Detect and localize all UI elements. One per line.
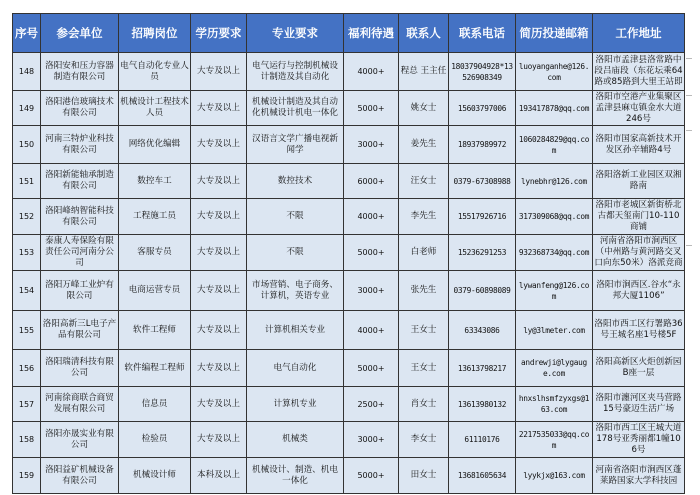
cell-position: 机械设计师 xyxy=(119,458,191,494)
cell-major: 机械设计、制造、机电一体化 xyxy=(247,458,344,494)
cell-company: 泰康人寿保险有限责任公司河南分公司 xyxy=(41,235,119,271)
cell-no: 148 xyxy=(13,53,41,91)
cell-phone: 18037904928*13526908349 xyxy=(449,53,516,91)
cell-salary: 3000+ xyxy=(344,271,399,311)
cell-contact: 李先生 xyxy=(399,199,449,235)
cell-major: 不限 xyxy=(247,199,344,235)
cell-salary: 3000+ xyxy=(344,422,399,458)
cell-major: 汉语言文学广播电视新闻学 xyxy=(247,126,344,164)
cell-position: 信息员 xyxy=(119,387,191,422)
cell-company: 洛阳益矿机械设备有限公司 xyxy=(41,458,119,494)
cell-edge-mark xyxy=(686,130,692,131)
cell-contact: 汪女士 xyxy=(399,164,449,199)
cell-education: 大专及以上 xyxy=(191,271,247,311)
cell-position: 检验员 xyxy=(119,422,191,458)
cell-salary: 4000+ xyxy=(344,311,399,350)
table-row: 149洛阳港信玻璃技术有限公司机械设计工程技术人员大专及以上机械设计制造及其自动… xyxy=(13,91,685,126)
cell-contact: 李女士 xyxy=(399,422,449,458)
cell-salary: 2500+ xyxy=(344,387,399,422)
cell-position: 数控车工 xyxy=(119,164,191,199)
cell-education: 大专及以上 xyxy=(191,126,247,164)
cell-education: 大专及以上 xyxy=(191,91,247,126)
table-row: 153泰康人寿保险有限责任公司河南分公司客服专员大专及以上不限5000+白老师1… xyxy=(13,235,685,271)
cell-edge-mark xyxy=(686,245,692,246)
cell-phone: 15517926716 xyxy=(449,199,516,235)
cell-phone: 0379-60898089 xyxy=(449,271,516,311)
table-row: 155洛阳高新三L电子产品有限公司软件工程师大专及以上计算机相关专业4000+王… xyxy=(13,311,685,350)
cell-contact: 姚女士 xyxy=(399,91,449,126)
cell-address: 洛阳市瀍河区夹马营路15号豪迈生活广场 xyxy=(593,387,685,422)
header-email: 简历投递邮箱 xyxy=(516,14,593,53)
recruitment-table-sheet: 序号 参会单位 招聘岗位 学历要求 专业要求 福利待遇 联系人 联系电话 简历投… xyxy=(12,13,685,494)
table-row: 152洛阳峰纳智能科技有限公司工程施工员大专及以上不限4000+李先生15517… xyxy=(13,199,685,235)
cell-position: 工程施工员 xyxy=(119,199,191,235)
cell-company: 河南徐商联合商贸发展有限公司 xyxy=(41,387,119,422)
cell-phone: 15236291253 xyxy=(449,235,516,271)
cell-no: 151 xyxy=(13,164,41,199)
cell-phone: 61110176 xyxy=(449,422,516,458)
table-row: 148洛阳安和压力容器制造有限公司电气自动化专业人员大专及以上电气运行与控制机械… xyxy=(13,53,685,91)
header-no: 序号 xyxy=(13,14,41,53)
table-row: 157河南徐商联合商贸发展有限公司信息员大专及以上计算机专业2500+肖女士13… xyxy=(13,387,685,422)
cell-email: lynebhr@126.com xyxy=(516,164,593,199)
cell-company: 洛阳亦晟实业有限公司 xyxy=(41,422,119,458)
table-row: 154洛阳万峰工业炉有限公司电商运营专员大专及以上市场营销、电子商务、计算机，英… xyxy=(13,271,685,311)
cell-company: 洛阳万峰工业炉有限公司 xyxy=(41,271,119,311)
cell-position: 电气自动化专业人员 xyxy=(119,53,191,91)
header-salary: 福利待遇 xyxy=(344,14,399,53)
cell-no: 158 xyxy=(13,422,41,458)
cell-email: 193417878@qq.com xyxy=(516,91,593,126)
cell-major: 机械设计制造及其自动化机械设计机电一体化 xyxy=(247,91,344,126)
cell-phone: 63343086 xyxy=(449,311,516,350)
cell-contact: 田女士 xyxy=(399,458,449,494)
cell-salary: 5000+ xyxy=(344,91,399,126)
cell-email: ly@3lmeter.com xyxy=(516,311,593,350)
cell-no: 152 xyxy=(13,199,41,235)
header-address: 工作地址 xyxy=(593,14,685,53)
cell-phone: 13613798217 xyxy=(449,350,516,387)
cell-no: 153 xyxy=(13,235,41,271)
cell-contact: 白老师 xyxy=(399,235,449,271)
cell-email: 2217535033@qq.com xyxy=(516,422,593,458)
cell-position: 电商运营专员 xyxy=(119,271,191,311)
cell-address: 河南省洛阳市涧西区蓬莱路国家大学科技园 xyxy=(593,458,685,494)
cell-email: 932368734@qq.com xyxy=(516,235,593,271)
cell-contact: 王女士 xyxy=(399,350,449,387)
cell-phone: 15603797006 xyxy=(449,91,516,126)
cell-email: 1060284829@qq.com xyxy=(516,126,593,164)
cell-address: 洛阳市西工区行署路36号王城名座1号楼5F xyxy=(593,311,685,350)
cell-phone: 13613980132 xyxy=(449,387,516,422)
cell-major: 电气自动化 xyxy=(247,350,344,387)
cell-address: 洛阳市空港产业集聚区孟津县麻屯镇金水大道246号 xyxy=(593,91,685,126)
cell-address: 洛阳高新区火炬创新园B座一层 xyxy=(593,350,685,387)
cell-salary: 6000+ xyxy=(344,164,399,199)
cell-no: 150 xyxy=(13,126,41,164)
table-row: 159洛阳益矿机械设备有限公司机械设计师本科及以上机械设计、制造、机电一体化50… xyxy=(13,458,685,494)
cell-no: 157 xyxy=(13,387,41,422)
cell-position: 软件编程工程师 xyxy=(119,350,191,387)
cell-salary: 5000+ xyxy=(344,235,399,271)
header-phone: 联系电话 xyxy=(449,14,516,53)
cell-phone: 18937989972 xyxy=(449,126,516,164)
cell-address: 洛阳市国家高新技术开发区孙辛辅路4号 xyxy=(593,126,685,164)
cell-company: 洛阳港信玻璃技术有限公司 xyxy=(41,91,119,126)
cell-major: 计算机相关专业 xyxy=(247,311,344,350)
cell-position: 客服专员 xyxy=(119,235,191,271)
cell-major: 电气运行与控制机械设计制造及其自动化 xyxy=(247,53,344,91)
cell-major: 市场营销、电子商务、计算机，英语专业 xyxy=(247,271,344,311)
cell-email: hnxslhsmfzyxgs@163.com xyxy=(516,387,593,422)
cell-education: 大专及以上 xyxy=(191,235,247,271)
cell-major: 机械类 xyxy=(247,422,344,458)
cell-no: 155 xyxy=(13,311,41,350)
cell-contact: 张先生 xyxy=(399,271,449,311)
cell-email: lywanfeng@126.com xyxy=(516,271,593,311)
cell-company: 洛阳瑞清科技有限公司 xyxy=(41,350,119,387)
cell-phone: 13681605634 xyxy=(449,458,516,494)
cell-email: 317309068@qq.com xyxy=(516,199,593,235)
header-position: 招聘岗位 xyxy=(119,14,191,53)
cell-address: 洛阳市涧西区.谷水“永邦大厦1106” xyxy=(593,271,685,311)
table-row: 150河南三特炉业科技有限公司网络优化编辑大专及以上汉语言文学广播电视新闻学30… xyxy=(13,126,685,164)
cell-no: 154 xyxy=(13,271,41,311)
cell-position: 机械设计工程技术人员 xyxy=(119,91,191,126)
cell-no: 156 xyxy=(13,350,41,387)
cell-email: lyykjx@163.com xyxy=(516,458,593,494)
cell-major: 计算机专业 xyxy=(247,387,344,422)
cell-education: 本科及以上 xyxy=(191,458,247,494)
table-row: 158洛阳亦晟实业有限公司检验员大专及以上机械类3000+李女士61110176… xyxy=(13,422,685,458)
cell-address: 河南省洛阳市涧西区（中州路与黄河路交叉口向东50米）洛派竞商 xyxy=(593,235,685,271)
cell-education: 大专及以上 xyxy=(191,422,247,458)
header-education: 学历要求 xyxy=(191,14,247,53)
header-contact: 联系人 xyxy=(399,14,449,53)
cell-major: 数控技术 xyxy=(247,164,344,199)
cell-address: 洛阳市孟津县洛常路中段吕庙段（东花坛乘64路或85路到大里王站即 xyxy=(593,53,685,91)
cell-salary: 5000+ xyxy=(344,350,399,387)
cell-contact: 肖女士 xyxy=(399,387,449,422)
cell-salary: 5000+ xyxy=(344,458,399,494)
cell-contact: 姜先生 xyxy=(399,126,449,164)
cell-edge-mark xyxy=(686,58,692,59)
cell-contact: 程总 王主任 xyxy=(399,53,449,91)
cell-education: 大专及以上 xyxy=(191,164,247,199)
cell-email: andrewji@lygauge.com xyxy=(516,350,593,387)
cell-company: 洛阳峰纳智能科技有限公司 xyxy=(41,199,119,235)
cell-salary: 4000+ xyxy=(344,53,399,91)
cell-phone: 0379-67308988 xyxy=(449,164,516,199)
cell-salary: 3000+ xyxy=(344,126,399,164)
recruitment-table: 序号 参会单位 招聘岗位 学历要求 专业要求 福利待遇 联系人 联系电话 简历投… xyxy=(12,13,685,494)
cell-email: luoyanganhe@126.com xyxy=(516,53,593,91)
cell-education: 大专及以上 xyxy=(191,350,247,387)
cell-address: 洛阳洛新工业园区双湘路南 xyxy=(593,164,685,199)
cell-no: 149 xyxy=(13,91,41,126)
cell-education: 大专及以上 xyxy=(191,387,247,422)
cell-position: 网络优化编辑 xyxy=(119,126,191,164)
header-row: 序号 参会单位 招聘岗位 学历要求 专业要求 福利待遇 联系人 联系电话 简历投… xyxy=(13,14,685,53)
table-row: 151洛阳新能轴承制造有限公司数控车工大专及以上数控技术6000+汪女士0379… xyxy=(13,164,685,199)
cell-edge-mark xyxy=(686,95,692,96)
cell-address: 洛阳市西工区王城大道178号亚秀丽都1幢106号 xyxy=(593,422,685,458)
cell-education: 大专及以上 xyxy=(191,199,247,235)
cell-company: 洛阳新能轴承制造有限公司 xyxy=(41,164,119,199)
table-row: 156洛阳瑞清科技有限公司软件编程工程师大专及以上电气自动化5000+王女士13… xyxy=(13,350,685,387)
cell-company: 河南三特炉业科技有限公司 xyxy=(41,126,119,164)
cell-position: 软件工程师 xyxy=(119,311,191,350)
cell-company: 洛阳高新三L电子产品有限公司 xyxy=(41,311,119,350)
cell-major: 不限 xyxy=(247,235,344,271)
cell-no: 159 xyxy=(13,458,41,494)
cell-education: 大专及以上 xyxy=(191,311,247,350)
cell-contact: 王女士 xyxy=(399,311,449,350)
cell-salary: 4000+ xyxy=(344,199,399,235)
cell-address: 洛阳市老城区新街桥北古都天玺南门10-110商铺 xyxy=(593,199,685,235)
header-major: 专业要求 xyxy=(247,14,344,53)
header-company: 参会单位 xyxy=(41,14,119,53)
cell-education: 大专及以上 xyxy=(191,53,247,91)
cell-company: 洛阳安和压力容器制造有限公司 xyxy=(41,53,119,91)
